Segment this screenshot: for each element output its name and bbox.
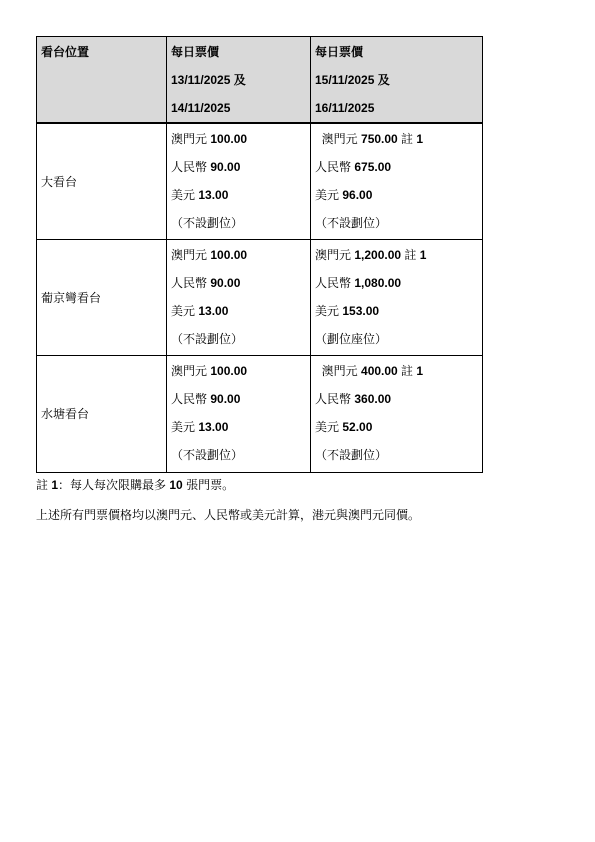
- footnote-ticket-limit: 註 1：每人每次限購最多 10 張門票。: [36, 475, 234, 495]
- price-line: 人民幣 90.00: [171, 153, 308, 181]
- header-location-label: 看台位置: [41, 38, 164, 66]
- price-line: 人民幣 675.00: [315, 153, 480, 181]
- seating-note-line: （不設劃位）: [171, 209, 308, 237]
- price-line: 美元 13.00: [171, 413, 308, 441]
- header-line: 每日票價: [171, 38, 308, 66]
- price-line: 澳門元 400.00 註 1: [315, 357, 480, 385]
- header-line: 13/11/2025 及: [171, 66, 308, 94]
- table-row-grand-stand: 大看台 澳門元 100.00 人民幣 90.00 美元 13.00 （不設劃位）…: [37, 123, 483, 239]
- header-daily-price-13-14: 每日票價 13/11/2025 及 14/11/2025: [167, 37, 311, 124]
- price-line: 澳門元 100.00: [171, 241, 308, 269]
- seating-note-line: （不設劃位）: [315, 441, 480, 469]
- seating-note-line: （不設劃位）: [171, 441, 308, 469]
- footnote-currency: 上述所有門票價格均以澳門元、人民幣或美元計算，港元與澳門元同價。: [36, 505, 420, 525]
- table-row-reservoir-stand: 水塘看台 澳門元 100.00 人民幣 90.00 美元 13.00 （不設劃位…: [37, 355, 483, 472]
- weekday-price-cell: 澳門元 100.00 人民幣 90.00 美元 13.00 （不設劃位）: [167, 355, 311, 472]
- row-location-label: 大看台: [37, 123, 167, 239]
- price-line: 人民幣 90.00: [171, 269, 308, 297]
- table-header-row: 看台位置 每日票價 13/11/2025 及 14/11/2025 每日票價 1…: [37, 37, 483, 124]
- seating-note-line: （不設劃位）: [315, 209, 480, 237]
- price-line: 美元 96.00: [315, 181, 480, 209]
- row-location-label: 葡京彎看台: [37, 239, 167, 355]
- price-line: 美元 13.00: [171, 181, 308, 209]
- ticket-price-table: 看台位置 每日票價 13/11/2025 及 14/11/2025 每日票價 1…: [36, 36, 483, 473]
- raceday-price-cell: 澳門元 750.00 註 1 人民幣 675.00 美元 96.00 （不設劃位…: [311, 123, 483, 239]
- price-line: 人民幣 360.00: [315, 385, 480, 413]
- price-line: 美元 52.00: [315, 413, 480, 441]
- weekday-price-cell: 澳門元 100.00 人民幣 90.00 美元 13.00 （不設劃位）: [167, 239, 311, 355]
- price-line: 澳門元 100.00: [171, 357, 308, 385]
- price-line: 澳門元 750.00 註 1: [315, 125, 480, 153]
- price-line: 人民幣 90.00: [171, 385, 308, 413]
- header-line: 14/11/2025: [171, 94, 308, 122]
- row-location-label: 水塘看台: [37, 355, 167, 472]
- raceday-price-cell: 澳門元 400.00 註 1 人民幣 360.00 美元 52.00 （不設劃位…: [311, 355, 483, 472]
- seating-note-line: （劃位座位）: [315, 325, 480, 353]
- price-line: 人民幣 1,080.00: [315, 269, 480, 297]
- header-daily-price-15-16: 每日票價 15/11/2025 及 16/11/2025: [311, 37, 483, 124]
- price-line: 澳門元 1,200.00 註 1: [315, 241, 480, 269]
- document-page: 看台位置 每日票價 13/11/2025 及 14/11/2025 每日票價 1…: [0, 0, 595, 842]
- header-line: 15/11/2025 及: [315, 66, 480, 94]
- header-grandstand-location: 看台位置: [37, 37, 167, 124]
- raceday-price-cell: 澳門元 1,200.00 註 1 人民幣 1,080.00 美元 153.00 …: [311, 239, 483, 355]
- seating-note-line: （不設劃位）: [171, 325, 308, 353]
- table-row-lisboa-bend-stand: 葡京彎看台 澳門元 100.00 人民幣 90.00 美元 13.00 （不設劃…: [37, 239, 483, 355]
- price-line: 美元 13.00: [171, 297, 308, 325]
- weekday-price-cell: 澳門元 100.00 人民幣 90.00 美元 13.00 （不設劃位）: [167, 123, 311, 239]
- price-line: 澳門元 100.00: [171, 125, 308, 153]
- header-line: 16/11/2025: [315, 94, 480, 122]
- header-line: 每日票價: [315, 38, 480, 66]
- price-line: 美元 153.00: [315, 297, 480, 325]
